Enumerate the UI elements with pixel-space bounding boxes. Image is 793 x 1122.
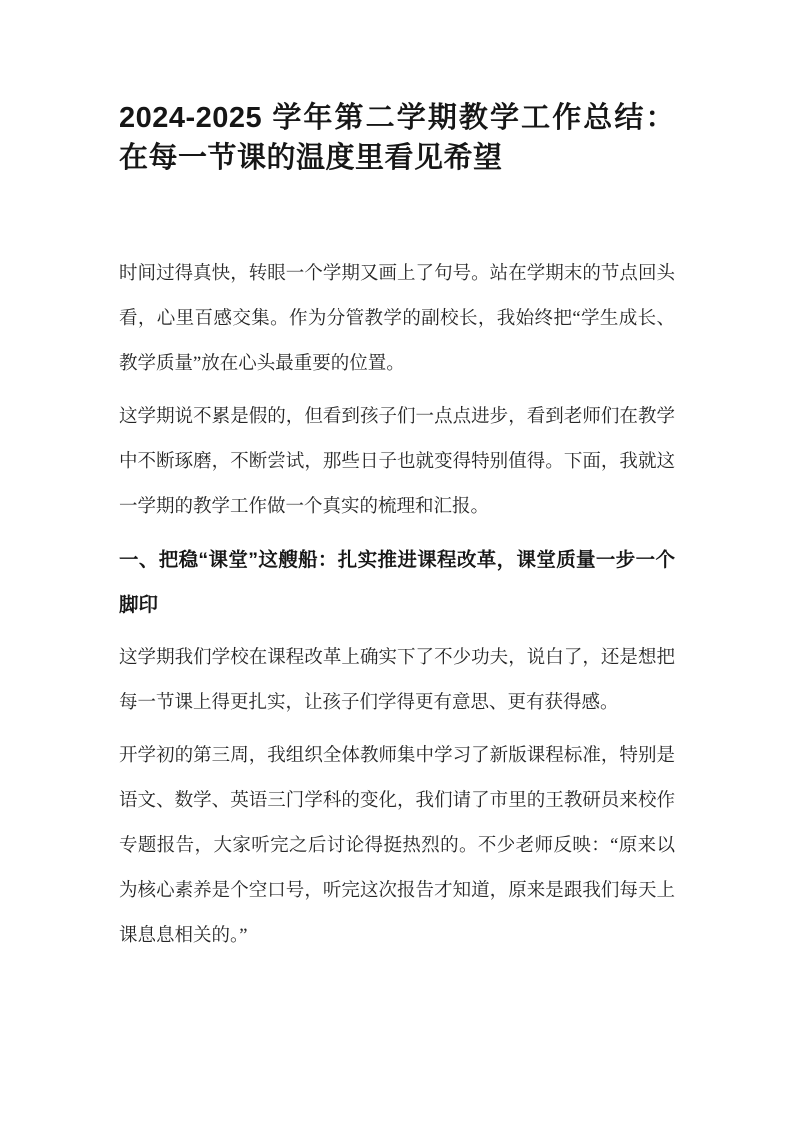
section-1-paragraph-2: 开学初的第三周，我组织全体教师集中学习了新版课程标准，特别是语文、数学、英语三门… (119, 734, 675, 959)
document-content: 2024-2025 学年第二学期教学工作总结：在每一节课的温度里看见希望 时间过… (119, 0, 675, 967)
intro-paragraph-2: 这学期说不累是假的，但看到孩子们一点点进步，看到老师们在教学中不断琢磨，不断尝试… (119, 395, 675, 530)
section-1-heading: 一、把稳“课堂”这艘船：扎实推进课程改革，课堂质量一步一个脚印 (119, 538, 675, 628)
page-title: 2024-2025 学年第二学期教学工作总结：在每一节课的温度里看见希望 (119, 98, 675, 178)
intro-paragraph-1: 时间过得真快，转眼一个学期又画上了句号。站在学期末的节点回头看，心里百感交集。作… (119, 252, 675, 387)
document-page: 2024-2025 学年第二学期教学工作总结：在每一节课的温度里看见希望 时间过… (0, 0, 793, 1122)
section-1-paragraph-1: 这学期我们学校在课程改革上确实下了不少功夫，说白了，还是想把每一节课上得更扎实，… (119, 636, 675, 726)
